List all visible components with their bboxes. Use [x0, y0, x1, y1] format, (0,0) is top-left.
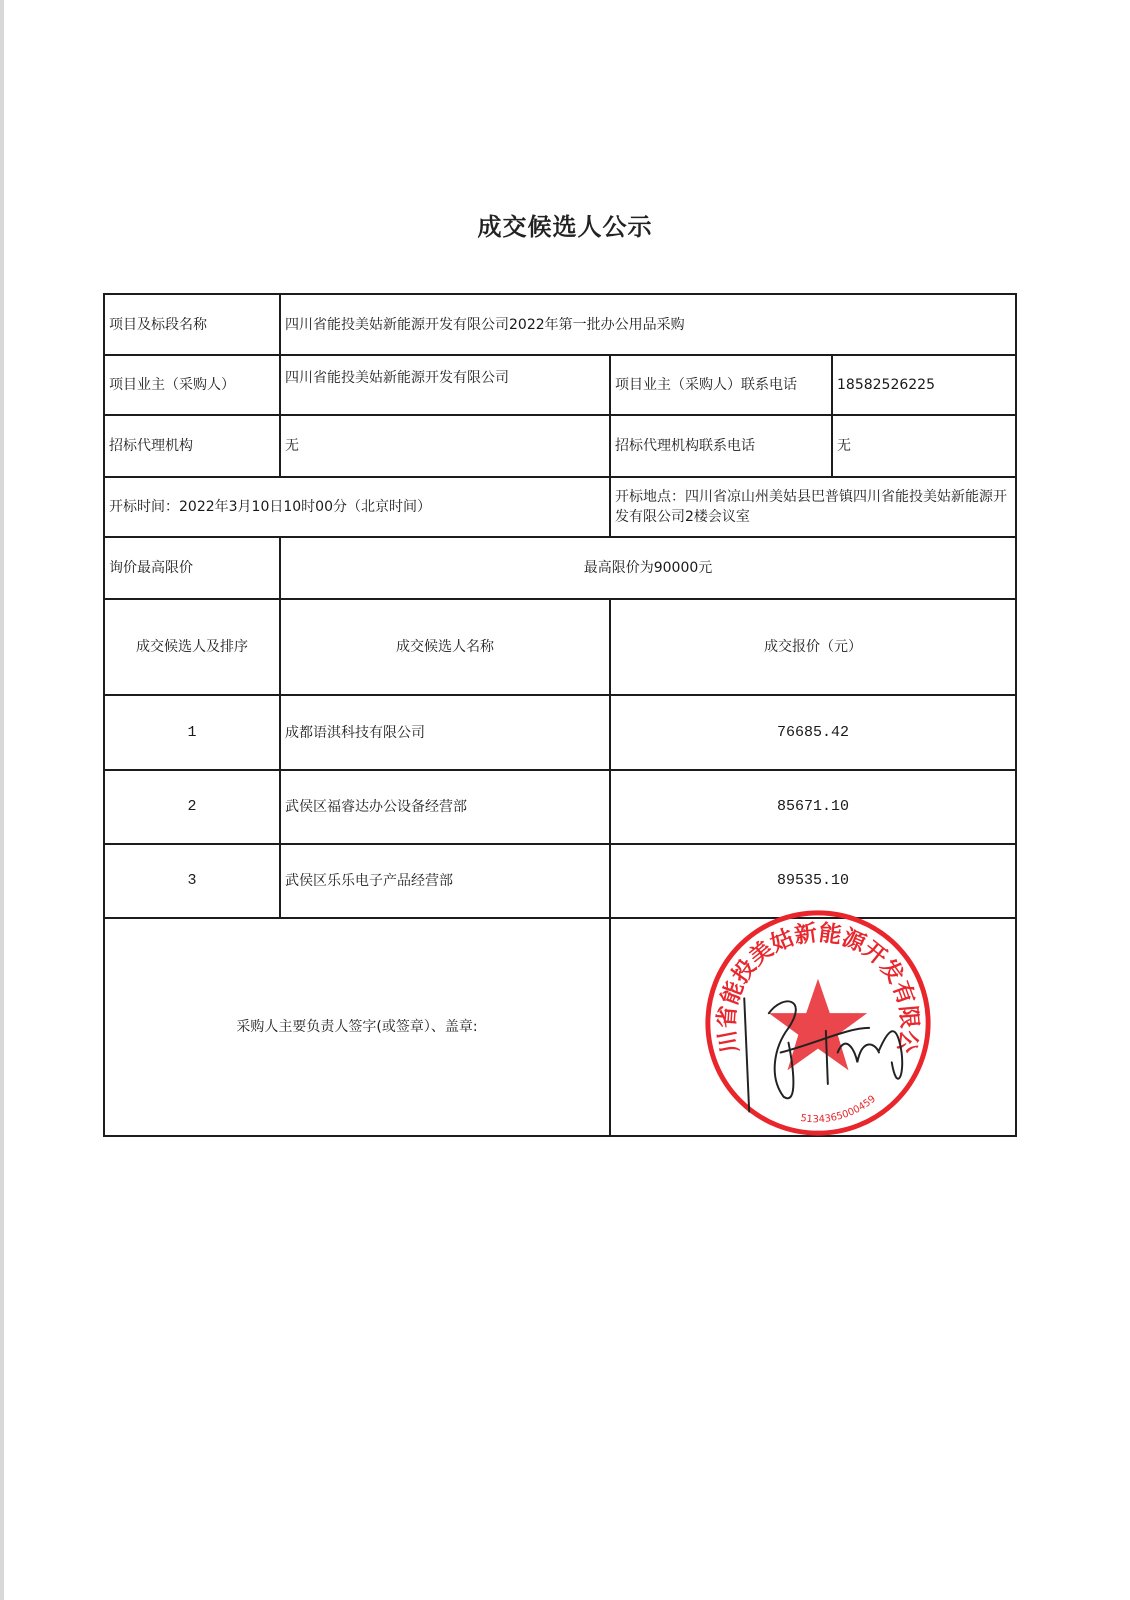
page-title: 成交候选人公示 — [0, 207, 1130, 242]
max-price-value: 最高限价为90000元 — [280, 537, 1016, 599]
open-place: 开标地点：四川省凉山州美姑县巴普镇四川省能投美姑新能源开发有限公司2楼会议室 — [610, 477, 1016, 537]
agency-value: 无 — [280, 415, 610, 477]
candidate-price: 76685.42 — [610, 695, 1016, 770]
table-row: 2 武侯区福睿达办公设备经营部 85671.10 — [104, 770, 1016, 844]
header-name: 成交候选人名称 — [280, 599, 610, 695]
project-label: 项目及标段名称 — [104, 294, 280, 355]
max-price-row: 询价最高限价 最高限价为90000元 — [104, 537, 1016, 599]
owner-label: 项目业主（采购人） — [104, 355, 280, 415]
owner-row: 项目业主（采购人） 四川省能投美姑新能源开发有限公司 项目业主（采购人）联系电话… — [104, 355, 1016, 415]
candidate-name: 成都语淇科技有限公司 — [280, 695, 610, 770]
header-price: 成交报价（元） — [610, 599, 1016, 695]
candidate-name: 武侯区乐乐电子产品经营部 — [280, 844, 610, 918]
project-value: 四川省能投美姑新能源开发有限公司2022年第一批办公用品采购 — [280, 294, 1016, 355]
candidates-header-row: 成交候选人及排序 成交候选人名称 成交报价（元） — [104, 599, 1016, 695]
candidate-rank: 2 — [104, 770, 280, 844]
project-row: 项目及标段名称 四川省能投美姑新能源开发有限公司2022年第一批办公用品采购 — [104, 294, 1016, 355]
candidate-price: 85671.10 — [610, 770, 1016, 844]
header-rank: 成交候选人及排序 — [104, 599, 280, 695]
candidate-rank: 1 — [104, 695, 280, 770]
opening-row: 开标时间：2022年3月10日10时00分（北京时间） 开标地点：四川省凉山州美… — [104, 477, 1016, 537]
open-time: 开标时间：2022年3月10日10时00分（北京时间） — [104, 477, 610, 537]
agency-phone-value: 无 — [832, 415, 1016, 477]
agency-row: 招标代理机构 无 招标代理机构联系电话 无 — [104, 415, 1016, 477]
table-row: 1 成都语淇科技有限公司 76685.42 — [104, 695, 1016, 770]
agency-phone-label: 招标代理机构联系电话 — [610, 415, 832, 477]
signature-label: 采购人主要负责人签字(或签章）、盖章: — [104, 918, 610, 1136]
candidate-rank: 3 — [104, 844, 280, 918]
owner-phone-value: 18582526225 — [832, 355, 1016, 415]
owner-value: 四川省能投美姑新能源开发有限公司 — [280, 355, 610, 415]
max-price-label: 询价最高限价 — [104, 537, 280, 599]
candidate-name: 武侯区福睿达办公设备经营部 — [280, 770, 610, 844]
owner-phone-label: 项目业主（采购人）联系电话 — [610, 355, 832, 415]
company-seal-icon: 四川省能投美姑新能源开发有限公司 5134365000459 — [700, 905, 936, 1141]
agency-label: 招标代理机构 — [104, 415, 280, 477]
